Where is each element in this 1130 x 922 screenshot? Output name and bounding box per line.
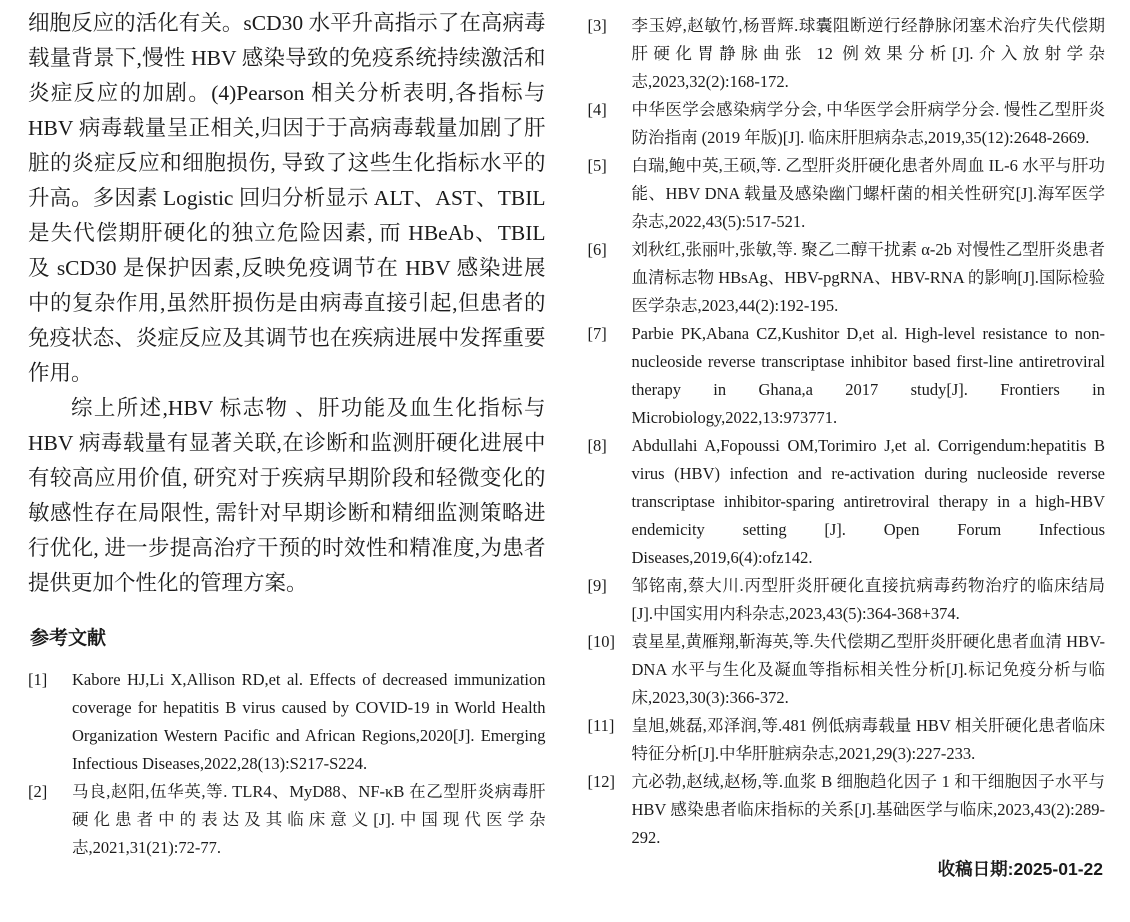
reference-number: [2] — [28, 778, 72, 806]
reference-number: [7] — [588, 320, 632, 348]
reference-number: [11] — [588, 712, 632, 740]
reference-item: [8] Abdullahi A,Fopoussi OM,Torimiro J,e… — [588, 432, 1106, 572]
references-heading: 参考文献 — [30, 623, 546, 650]
body-paragraph-2: 综上所述,HBV 标志物 、肝功能及血生化指标与 HBV 病毒载量有显著关联,在… — [28, 391, 546, 601]
right-column: [3] 李玉婷,赵敏竹,杨晋辉.球囊阻断逆行经静脉闭塞术治疗失代偿期肝硬化胃静脉… — [588, 6, 1106, 922]
reference-list-left: [1] Kabore HJ,Li X,Allison RD,et al. Eff… — [28, 666, 546, 862]
reference-number: [3] — [588, 12, 632, 40]
reference-list-right: [3] 李玉婷,赵敏竹,杨晋辉.球囊阻断逆行经静脉闭塞术治疗失代偿期肝硬化胃静脉… — [588, 12, 1106, 852]
reference-item: [10] 袁星星,黄雁翔,靳海英,等.失代偿期乙型肝炎肝硬化患者血清 HBV-D… — [588, 628, 1106, 712]
reference-item: [2] 马良,赵阳,伍华英,等. TLR4、MyD88、NF-κB 在乙型肝炎病… — [28, 778, 546, 862]
reference-text: 李玉婷,赵敏竹,杨晋辉.球囊阻断逆行经静脉闭塞术治疗失代偿期肝硬化胃静脉曲张 1… — [632, 12, 1106, 96]
reference-text: 刘秋红,张丽叶,张敏,等. 聚乙二醇干扰素 α-2b 对慢性乙型肝炎患者血清标志… — [632, 236, 1106, 320]
reference-item: [12] 亢必勃,赵绒,赵杨,等.血浆 B 细胞趋化因子 1 和干细胞因子水平与… — [588, 768, 1106, 852]
reference-item: [3] 李玉婷,赵敏竹,杨晋辉.球囊阻断逆行经静脉闭塞术治疗失代偿期肝硬化胃静脉… — [588, 12, 1106, 96]
reference-text: 邹铭南,蔡大川.丙型肝炎肝硬化直接抗病毒药物治疗的临床结局[J].中国实用内科杂… — [632, 572, 1106, 628]
reference-text: 袁星星,黄雁翔,靳海英,等.失代偿期乙型肝炎肝硬化患者血清 HBV-DNA 水平… — [632, 628, 1106, 712]
reference-item: [6] 刘秋红,张丽叶,张敏,等. 聚乙二醇干扰素 α-2b 对慢性乙型肝炎患者… — [588, 236, 1106, 320]
reference-number: [8] — [588, 432, 632, 460]
reference-number: [10] — [588, 628, 632, 656]
reference-text: Parbie PK,Abana CZ,Kushitor D,et al. Hig… — [632, 320, 1106, 432]
reference-item: [1] Kabore HJ,Li X,Allison RD,et al. Eff… — [28, 666, 546, 778]
received-date: 收稿日期:2025-01-22 — [588, 856, 1106, 881]
reference-text: 中华医学会感染病学分会, 中华医学会肝病学分会. 慢性乙型肝炎防治指南 (201… — [632, 96, 1106, 152]
reference-text: 皇旭,姚磊,邓泽润,等.481 例低病毒载量 HBV 相关肝硬化患者临床特征分析… — [632, 712, 1106, 768]
reference-text: 亢必勃,赵绒,赵杨,等.血浆 B 细胞趋化因子 1 和干细胞因子水平与 HBV … — [632, 768, 1106, 852]
reference-number: [4] — [588, 96, 632, 124]
paper-page: 细胞反应的活化有关。sCD30 水平升高指示了在高病毒载量背景下,慢性 HBV … — [0, 0, 1130, 922]
reference-number: [9] — [588, 572, 632, 600]
reference-item: [11] 皇旭,姚磊,邓泽润,等.481 例低病毒载量 HBV 相关肝硬化患者临… — [588, 712, 1106, 768]
reference-number: [12] — [588, 768, 632, 796]
reference-item: [7] Parbie PK,Abana CZ,Kushitor D,et al.… — [588, 320, 1106, 432]
reference-item: [4] 中华医学会感染病学分会, 中华医学会肝病学分会. 慢性乙型肝炎防治指南 … — [588, 96, 1106, 152]
reference-text: 马良,赵阳,伍华英,等. TLR4、MyD88、NF-κB 在乙型肝炎病毒肝硬化… — [72, 778, 546, 862]
reference-text: Abdullahi A,Fopoussi OM,Torimiro J,et al… — [632, 432, 1106, 572]
reference-item: [9] 邹铭南,蔡大川.丙型肝炎肝硬化直接抗病毒药物治疗的临床结局[J].中国实… — [588, 572, 1106, 628]
reference-text: 白瑞,鲍中英,王硕,等. 乙型肝炎肝硬化患者外周血 IL-6 水平与肝功能、HB… — [632, 152, 1106, 236]
reference-item: [5] 白瑞,鲍中英,王硕,等. 乙型肝炎肝硬化患者外周血 IL-6 水平与肝功… — [588, 152, 1106, 236]
reference-number: [1] — [28, 666, 72, 694]
body-paragraph-1: 细胞反应的活化有关。sCD30 水平升高指示了在高病毒载量背景下,慢性 HBV … — [28, 6, 546, 391]
left-column: 细胞反应的活化有关。sCD30 水平升高指示了在高病毒载量背景下,慢性 HBV … — [28, 6, 546, 922]
reference-text: Kabore HJ,Li X,Allison RD,et al. Effects… — [72, 666, 546, 778]
reference-number: [6] — [588, 236, 632, 264]
reference-number: [5] — [588, 152, 632, 180]
